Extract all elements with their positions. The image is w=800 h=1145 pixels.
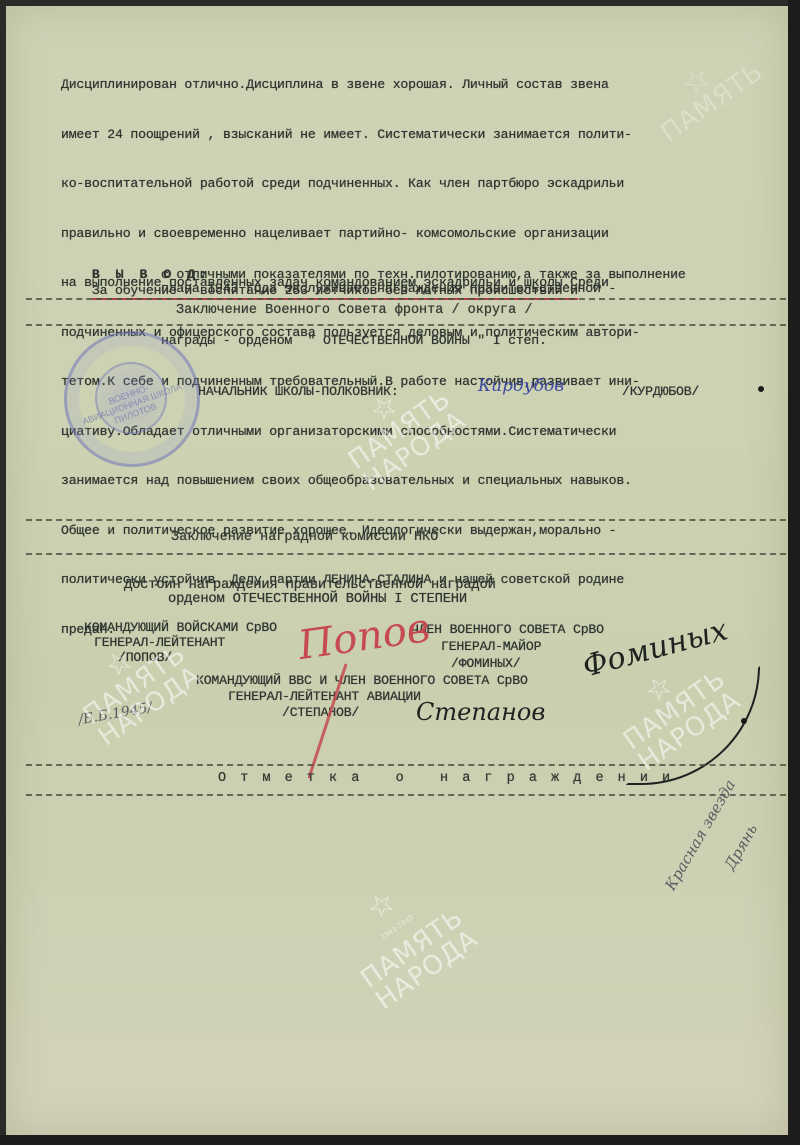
pencil-note-signature: Дрянь <box>721 821 761 873</box>
text-line: ко-воспитательной работой среди подчинен… <box>61 176 791 193</box>
award-mark-title: О т м е т к а о н а г р а ж д е н и и <box>218 771 673 786</box>
watermark: ☆ 1941-1945 ПАМЯТЬ НАРОДА <box>327 862 483 1015</box>
signatory-bottom-name: /СТЕПАНОВ/ <box>282 705 359 722</box>
military-council-title: Заключение Военного Совета фронта / окру… <box>176 303 532 318</box>
divider <box>26 519 796 521</box>
divider <box>26 298 796 300</box>
signatory-right-rank: ГЕНЕРАЛ-МАЙОР <box>441 639 541 656</box>
official-stamp: ВОЕННО-АВИАЦИОННАЯ ШКОЛА ПИЛОТОВ <box>64 331 200 467</box>
signatory-right-name: /ФОМИНЫХ/ <box>451 656 520 673</box>
text-line: правильно и своевременно нацеливает парт… <box>61 226 791 243</box>
paper-hole <box>758 386 764 392</box>
divider <box>26 324 796 326</box>
scan-edge <box>788 0 800 1145</box>
text-line: занимается над повышением своих общеобра… <box>61 473 791 490</box>
award-line: награды - орденом " ОТЕЧЕСТВЕННОЙ ВОЙНЫ … <box>161 333 547 350</box>
signatory-bottom-rank: ГЕНЕРАЛ-ЛЕЙТЕНАНТ АВИАЦИИ <box>228 689 421 706</box>
divider <box>26 764 796 766</box>
school-head-signature: Кирдубов <box>478 376 564 396</box>
divider <box>26 794 796 796</box>
document-page: Дисциплинирован отлично.Дисциплина в зве… <box>6 6 788 1136</box>
black-signature-bottom: Степанов <box>416 698 545 726</box>
school-head-name: /КУРДЮБОВ/ <box>622 384 699 401</box>
scan-edge <box>0 1135 800 1145</box>
signatory-right-title: ЧЛЕН ВОЕННОГО СОВЕТА СрВО <box>411 622 604 639</box>
nko-section-title: Заключение наградной комиссии НКО <box>171 530 438 545</box>
conclusion-line: плана 1943 года заслуживает награждения … <box>161 281 616 298</box>
divider <box>26 553 796 555</box>
signatory-bottom-title: КОМАНДУЮЩИЙ ВВС И ЧЛЕН ВОЕННОГО СОВЕТА С… <box>196 673 528 690</box>
paper-hole <box>741 718 747 724</box>
